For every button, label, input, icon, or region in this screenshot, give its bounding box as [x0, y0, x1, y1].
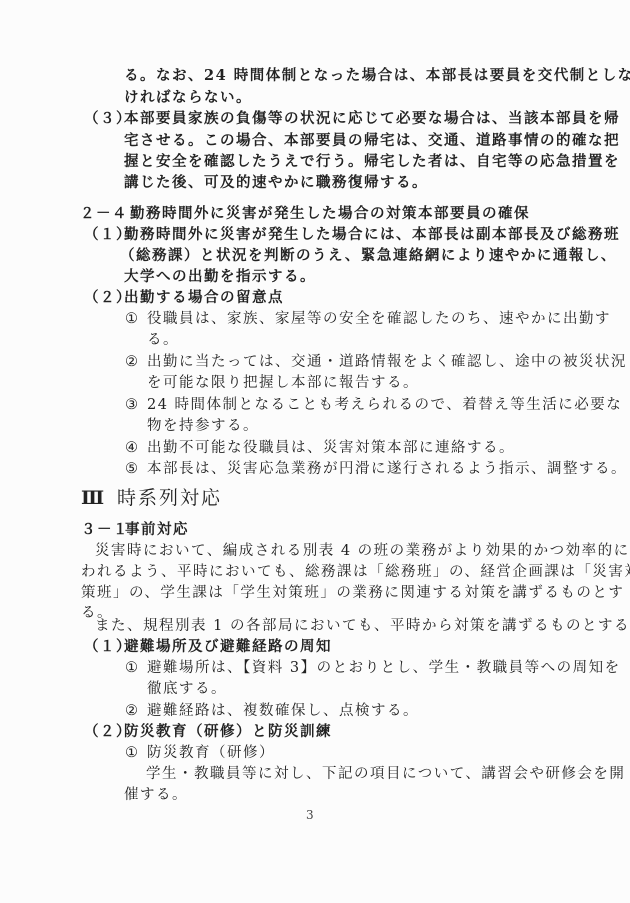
- paragraph-line: われるよう、平時においても、総務課は「総務班」の、経営企画課は「災害対: [81, 562, 630, 582]
- chapter-title: 時系列対応: [117, 486, 222, 510]
- point-text-line: 24 時間体制となることも考えられるので、着替え等生活に必要な: [147, 395, 622, 415]
- page-number: 3: [306, 805, 314, 825]
- point-text-line: 役職員は、家族、家屋等の安全を確認したのち、速やかに出勤す: [147, 309, 611, 329]
- point-mark: ②: [125, 701, 140, 721]
- section-title: 勤務時間外に災害が発生した場合の対策本部要員の確保: [130, 204, 530, 224]
- continuation-line: る。なお、24 時間体制となった場合は、本部長は要員を交代制としな: [124, 66, 630, 86]
- item-heading: 避難場所及び避難経路の周知: [124, 637, 332, 657]
- paragraph-line: 学生・教職員等に対し、下記の項目について、講習会や研修会を開: [146, 764, 625, 784]
- paragraph-line: 催する。: [124, 785, 188, 805]
- section-number: ３－１: [81, 520, 129, 540]
- point-mark: ①: [125, 743, 140, 763]
- paragraph-line: 策班」の、学生課は「学生対策班」の業務に関連する対策を講ずるものとす: [81, 583, 624, 603]
- item-text-line: 勤務時間外に災害が発生した場合には、本部長は副本部長及び総務班: [124, 225, 620, 245]
- chapter-number: Ⅲ: [81, 486, 106, 510]
- point-text-line: 物を持参する。: [147, 416, 259, 436]
- point-text-line: 避難経路は、複数確保し、点検する。: [147, 701, 419, 721]
- section-number: ２－４: [80, 204, 128, 224]
- item-text-line: 本部要員家族の負傷等の状況に応じて必要な場合は、当該本部員を帰: [124, 109, 620, 129]
- paragraph-line: また、規程別表 1 の各部局においても、平時から対策を講ずるものとする。: [95, 616, 630, 636]
- item-heading: 防災教育（研修）と防災訓練: [124, 722, 332, 742]
- point-text-line: 出勤不可能な役職員は、災害対策本部に連絡する。: [147, 438, 515, 458]
- item-text-line: 大学への出勤を指示する。: [124, 267, 316, 287]
- point-text-line: 防災教育（研修）: [147, 743, 275, 763]
- point-text-line: 徹底する。: [147, 679, 227, 699]
- point-text-line: る。: [147, 330, 179, 350]
- point-mark: ①: [125, 309, 140, 329]
- item-text-line: 宅させる。この場合、本部要員の帰宅は、交通、道路事情の的確な把: [124, 131, 620, 151]
- document-page: る。なお、24 時間体制となった場合は、本部長は要員を交代制としな ければならな…: [0, 0, 630, 903]
- section-title: 事前対応: [125, 520, 189, 540]
- item-text-line: 講じた後、可及的速やかに職務復帰する。: [124, 173, 428, 193]
- point-mark: ①: [125, 658, 140, 678]
- continuation-line: ければならない。: [124, 88, 252, 108]
- point-mark: ③: [125, 395, 140, 415]
- point-text-line: 避難場所は、【資料 3】のとおりとし、学生・教職員等への周知を: [147, 658, 621, 678]
- point-text-line: を可能な限り把握し本部に報告する。: [147, 373, 419, 393]
- item-text-line: 握と安全を確認したうえで行う。帰宅した者は、自宅等の応急措置を: [124, 152, 620, 172]
- point-text-line: 出勤に当たっては、交通・道路情報をよく確認し、途中の被災状況: [147, 352, 627, 372]
- point-mark: ②: [125, 352, 140, 372]
- item-heading: 出勤する場合の留意点: [124, 288, 284, 308]
- point-text-line: 本部長は、災害応急業務が円滑に遂行されるよう指示、調整する。: [147, 459, 627, 479]
- point-mark: ④: [125, 438, 140, 458]
- paragraph-line: 災害時において、編成される別表 4 の班の業務がより効果的かつ効率的に行: [95, 541, 630, 561]
- item-text-line: （総務課）と状況を判断のうえ、緊急連絡網により速やかに通報し、: [120, 246, 617, 266]
- point-mark: ⑤: [125, 459, 140, 479]
